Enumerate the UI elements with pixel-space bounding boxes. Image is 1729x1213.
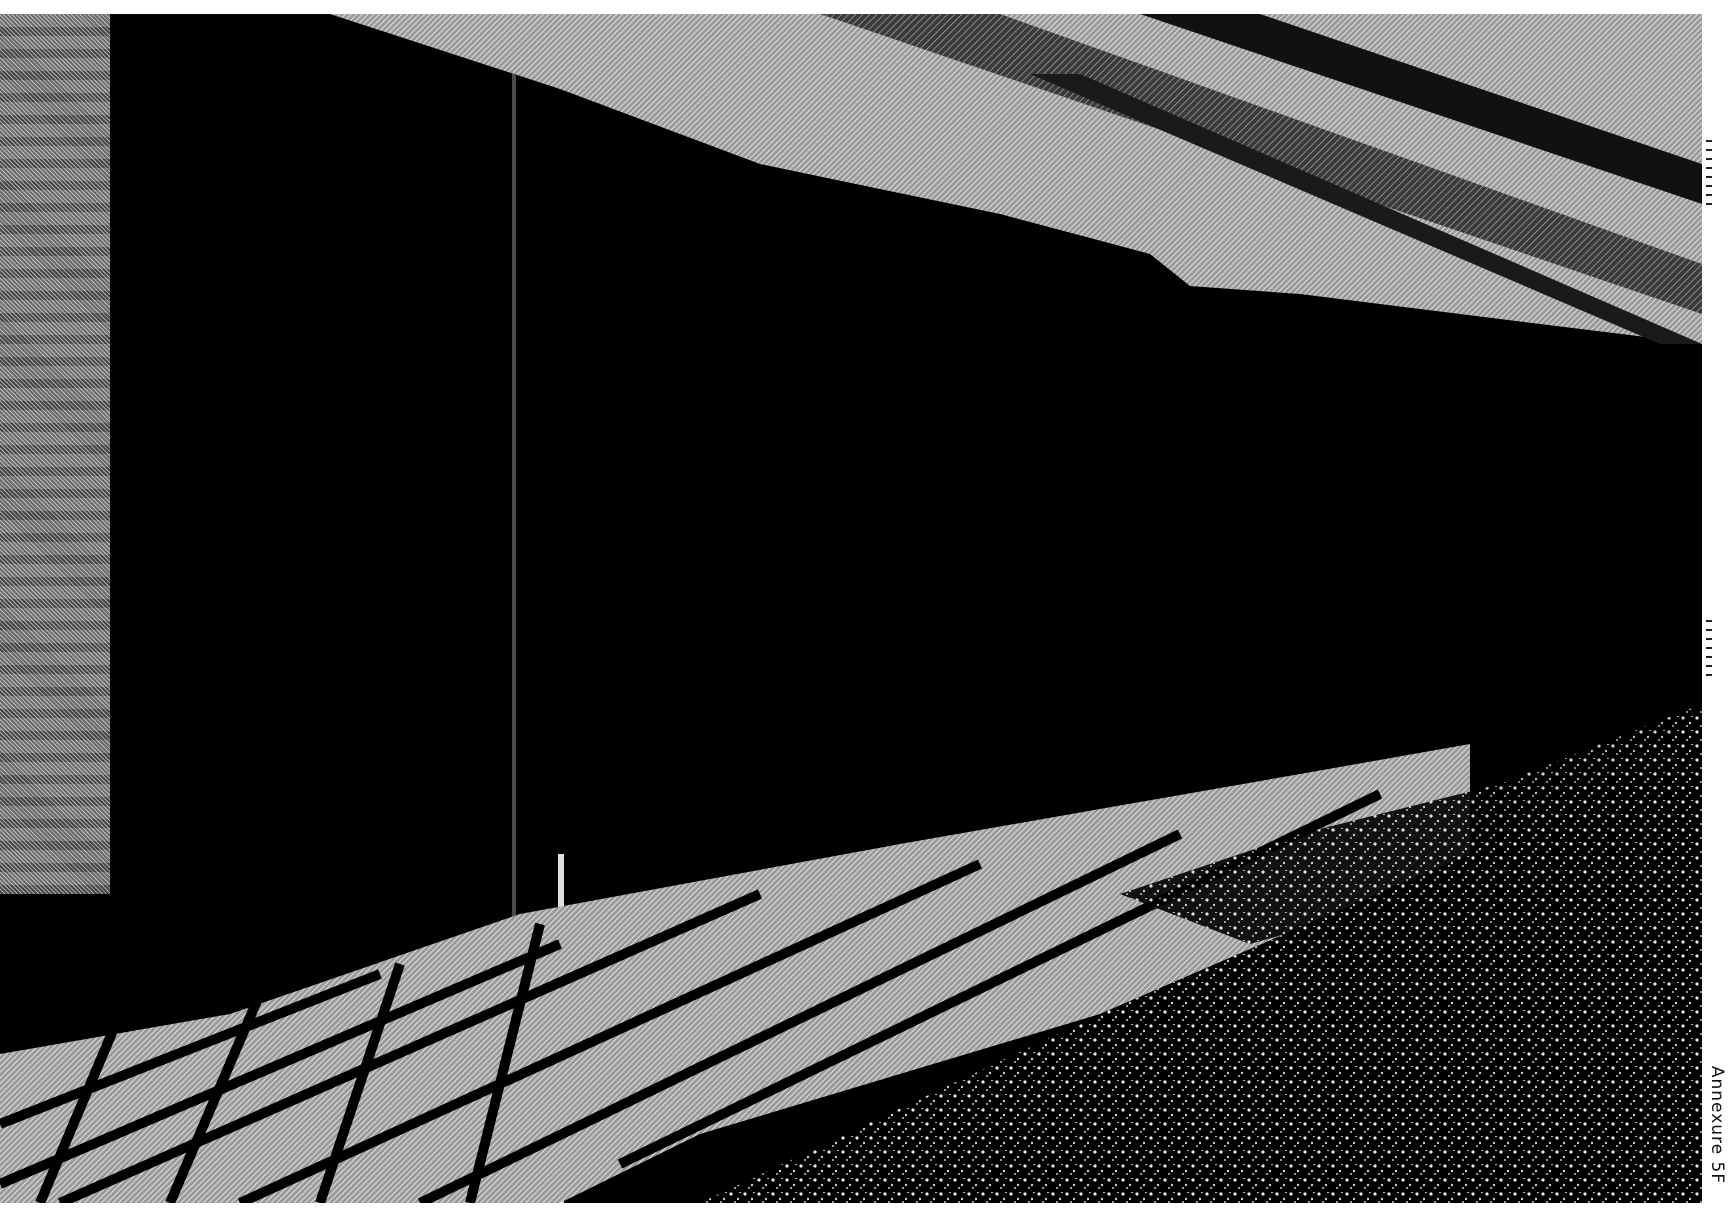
scan-artifact-dots (1706, 620, 1712, 680)
photo-shapes (0, 14, 1702, 1203)
scan-artifact-dots (1706, 140, 1712, 210)
handwritten-annotation: Annexure 5F (1706, 1040, 1728, 1210)
scanned-photograph (0, 14, 1702, 1203)
annotation-text: Annexure 5F (1707, 1066, 1727, 1184)
